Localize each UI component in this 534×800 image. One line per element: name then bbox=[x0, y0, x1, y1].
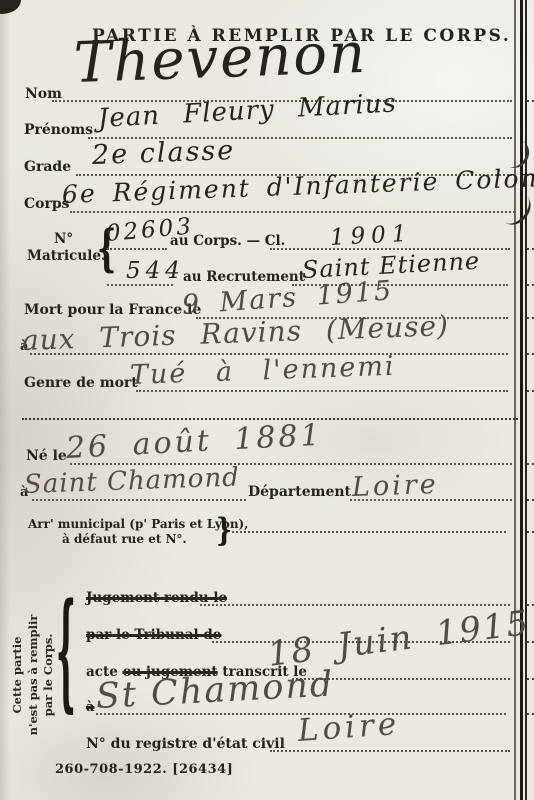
side-note-line-1: Cette partie bbox=[10, 600, 26, 750]
field-label-tribunal: par le Tribunal de bbox=[86, 628, 221, 643]
dotted-stub bbox=[527, 713, 534, 715]
field-label-matricule-no: N° bbox=[54, 232, 73, 247]
field-label-genre-mort: Genre de mort bbox=[24, 376, 138, 391]
page-fold-rule-thin bbox=[514, 0, 516, 800]
field-label-arr-municipal-2: à défaut rue et N°. bbox=[62, 533, 187, 546]
dotted-line bbox=[107, 284, 173, 286]
dotted-line bbox=[200, 604, 510, 606]
dotted-line bbox=[270, 750, 510, 752]
handwritten-lieu-mort: aux Trois Ravins (Meuse) bbox=[22, 312, 450, 355]
military-death-record-scan: PARTIE À REMPLIR PAR LE CORPS. Nom Theve… bbox=[0, 0, 534, 800]
handwritten-prenoms: Jean Fleury Marius bbox=[97, 90, 397, 132]
dotted-line bbox=[70, 211, 515, 213]
handwritten-nom: Thevenon bbox=[73, 26, 368, 92]
handwritten-departement: Loire bbox=[352, 471, 440, 501]
jugement-brace: { bbox=[56, 588, 76, 715]
field-label-registre: N° du registre d'état civil bbox=[86, 737, 285, 752]
field-label-mort-le: Mort pour la France le bbox=[24, 303, 201, 318]
dotted-stub bbox=[527, 100, 534, 102]
dotted-stub bbox=[527, 317, 534, 319]
dotted-stub bbox=[527, 353, 534, 355]
handwritten-genre-mort: Tué à l'ennemi bbox=[130, 353, 396, 389]
dotted-line bbox=[32, 499, 246, 501]
dotted-stub bbox=[527, 531, 534, 533]
side-note-line-3: par le Corps. bbox=[41, 600, 57, 750]
handwritten-lieu-transcription: St Chamond bbox=[95, 668, 335, 715]
handwritten-matricule-recrutement: 544 bbox=[126, 260, 185, 283]
dotted-line bbox=[107, 248, 167, 250]
side-note-line-2: n'est pas à remplir bbox=[26, 600, 42, 750]
form-imprint-code: 260-708-1922. [26434] bbox=[55, 763, 233, 777]
dotted-line bbox=[136, 390, 508, 392]
handwritten-classe: 1901 bbox=[329, 223, 413, 250]
handwritten-date-transcription: 18 Juin 1915 bbox=[266, 606, 532, 672]
scan-corner-smudge bbox=[0, 0, 21, 14]
dotted-stub bbox=[527, 463, 534, 465]
handwritten-lieu-naissance: Saint Chamond bbox=[24, 464, 241, 498]
dotted-stub bbox=[527, 284, 534, 286]
dotted-line bbox=[232, 531, 506, 533]
field-label-matricule: Matricule. bbox=[27, 249, 106, 264]
handwritten-corps: 6e Régiment d'Infanterie Coloniale bbox=[62, 163, 534, 207]
dotted-stub bbox=[527, 604, 534, 606]
field-label-prenoms: Prénoms bbox=[24, 123, 93, 138]
field-label-nom: Nom bbox=[25, 87, 62, 102]
handwritten-registre-departement: Loire bbox=[297, 709, 401, 747]
field-label-grade: Grade bbox=[24, 160, 71, 175]
stray-ink-mark bbox=[494, 187, 534, 230]
dotted-line bbox=[70, 463, 512, 465]
field-label-departement: Département bbox=[248, 485, 351, 500]
field-label-ne-le: Né le bbox=[26, 449, 67, 464]
handwritten-grade: 2e classe bbox=[92, 137, 236, 169]
arr-municipal-brace: } bbox=[216, 514, 232, 546]
field-label-transcription-a: à bbox=[86, 701, 94, 715]
dotted-stub bbox=[527, 390, 534, 392]
dotted-stub bbox=[527, 678, 534, 680]
page-fold-rule-dark bbox=[520, 0, 523, 800]
dotted-stub bbox=[527, 499, 534, 501]
page-fold-rule-dark2 bbox=[525, 0, 527, 800]
handwritten-date-naissance: 26 août 1881 bbox=[65, 421, 323, 464]
field-label-jugement-rendu: Jugement rendu le bbox=[86, 591, 227, 606]
dotted-stub bbox=[527, 248, 534, 250]
